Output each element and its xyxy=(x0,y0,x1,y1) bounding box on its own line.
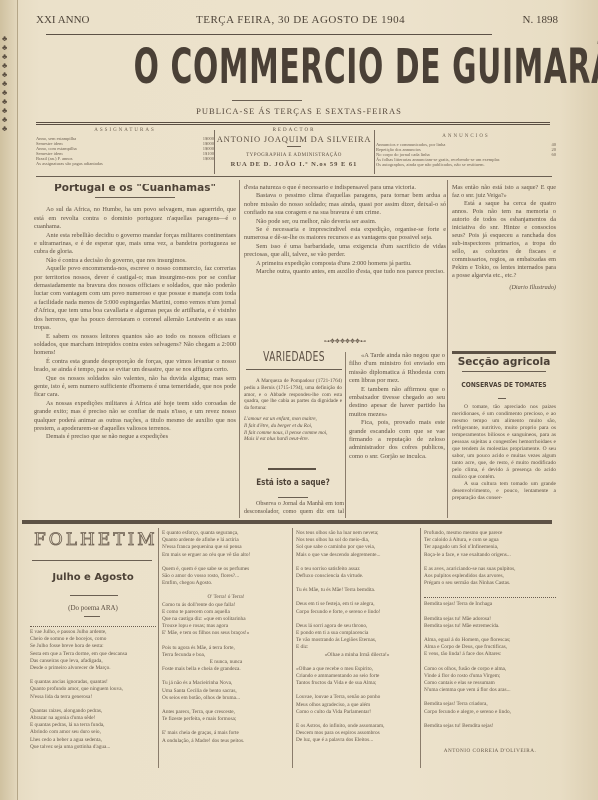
poem-line: Bemdita sejas tu! Bemdita sejas! xyxy=(424,723,556,730)
masthead-topline: XXI ANNO TERÇA FEIRA, 30 DE AGOSTO DE 19… xyxy=(36,14,580,30)
poem-line: E pondo em ti a sua complacencia xyxy=(296,630,418,637)
poem-line: E' Mãe, e tem os filhos nos seus braços!… xyxy=(162,630,290,637)
poem-line: Bemdita sejas tu! Mãe adorosa! xyxy=(424,616,556,623)
divider xyxy=(498,398,506,399)
stanza-gap xyxy=(296,580,418,587)
subscriptions-box: ASSIGNATURAS Anno, sem estampilha1$000 S… xyxy=(36,128,214,174)
article-title: Portugal e os "Cuanhamas" xyxy=(34,184,236,192)
divider xyxy=(268,468,316,470)
poem-line: Meus olhos agradeciso, a que além xyxy=(296,702,418,709)
column-divider xyxy=(374,130,375,174)
paragraph: d'esta natureza o que é necessario e ind… xyxy=(244,184,446,192)
advertisements-heading: ANNUNCIOS xyxy=(376,134,556,139)
poem-line: Desde o primeiro alvorecer de Março. xyxy=(30,665,158,672)
poem-line: Mais o que vae descendo alegremente... xyxy=(296,552,418,559)
paragraph: Marche outra, quanto antes, em auxilio d… xyxy=(244,268,446,276)
poem-line: Tantos fructos da Vida e de sua Alma; xyxy=(296,680,418,687)
poem-line: E vens, tão linda! á face dos Altares: xyxy=(424,651,556,658)
stanza-gap xyxy=(424,587,556,594)
dotted-rule xyxy=(30,626,156,627)
poem-line: Bemdita sejas! Terra criadora, xyxy=(424,701,556,708)
poem-line: E o teu sorriso satisfeito assaz xyxy=(296,566,418,573)
spine-ornament: ♣♣♣♣♣♣♣♣♣♣♣ xyxy=(2,34,12,134)
esta-isto-intro: Observa o Jornal da Manhã em tom descons… xyxy=(244,500,344,518)
stanza-gap xyxy=(424,694,556,701)
stanza-gap xyxy=(424,659,556,666)
poem-line: Ter apagado um Sol n'Infinemenia, xyxy=(424,544,556,551)
stanza-gap xyxy=(424,559,556,566)
paragraph: Demais é preciso que se não negue a expe… xyxy=(34,433,236,441)
folhetim-rule xyxy=(22,520,552,524)
column-divider xyxy=(420,528,421,768)
poem-line: N'uma ciemma que vem á flor dos aras... xyxy=(424,687,556,694)
poem-line: Terra fecunda e boa, xyxy=(162,652,290,659)
paragraph: É contra esta grande desproporção de for… xyxy=(34,358,236,375)
column-divider xyxy=(214,130,215,174)
stanza-gap xyxy=(296,616,418,623)
poem-line: E as aves, acariciando-se nas suas pulpi… xyxy=(424,566,556,573)
poem-line: Nos teus olhos são ha luar nem neveta; xyxy=(296,530,418,537)
seccao-agricola-text: O tomate, tão apreciado nos paizes merid… xyxy=(452,404,556,516)
poem-line: Emfim, chegou Agosto. xyxy=(162,580,290,587)
poem-line xyxy=(424,597,556,598)
poem-subtitle: (Do poema ARA) xyxy=(30,604,156,612)
verse-line: L'amour est un enfant, mon maitre, xyxy=(244,416,342,423)
poem-line: Abrindo com amor seu duro seio, xyxy=(30,729,158,736)
poem-line: N'essa franca pequenina que só pensa xyxy=(162,544,290,551)
poem-line: Quantas raizes, alongando pedras, xyxy=(30,708,158,715)
esta-isto-title: Está isto a saque? xyxy=(254,478,332,488)
issue-number: N. 1898 xyxy=(523,14,558,26)
poem-line: Bemdita sejas tu! Mãe estremecida. xyxy=(424,623,556,630)
poem-line: Uma Santa Cecilia de bento sacras, xyxy=(162,688,290,695)
poem-line: Quanto profundo amor, que ninguem louva, xyxy=(30,686,158,693)
seccao-agricola-title: Secção agricola xyxy=(452,356,556,368)
paragraph: A sua cultura tem tomado um grande desen… xyxy=(452,481,556,502)
stanza-gap xyxy=(162,673,290,680)
paragraph: Não é contra a decisão do governo, que n… xyxy=(34,257,236,265)
poem-line: Profundo, mesmo mesmo que parece xyxy=(424,530,556,537)
column-divider xyxy=(447,180,448,518)
advertisements-box: ANNUNCIOS Annuncios e communicados, por … xyxy=(376,134,556,174)
section-rule xyxy=(452,351,556,354)
poem-column-3: Nos teus olhos são ha luar nem neveta;No… xyxy=(296,530,418,770)
issue-date: TERÇA FEIRA, 30 DE AGOSTO DE 1904 xyxy=(196,14,405,26)
stanza-gap xyxy=(162,559,290,566)
poem-line: Como os olhos, fusão de corpo e alma, xyxy=(424,666,556,673)
poem-line: Aos pulpitos esplendidos das arvores, xyxy=(424,573,556,580)
stanza-gap xyxy=(30,672,158,679)
masthead-rule xyxy=(46,34,492,35)
poem-title: Julho e Agosto xyxy=(30,572,156,583)
paragraph: As nossas expedições militares á Africa … xyxy=(34,400,236,434)
verse-line: Il fait comme nous, il pense comme moi, xyxy=(244,430,342,437)
masthead-double-rule xyxy=(36,122,550,125)
poem-line: Corpo fecundo e forte, e sereno e lindo! xyxy=(296,609,418,616)
poem-line: N'essa lida da terra generosa! xyxy=(30,694,158,701)
poem-line: E quantas pedras, lá na terra funda, xyxy=(30,722,158,729)
poem-line: Como o culto da Vida Parlamentar! xyxy=(296,709,418,716)
esta-isto-continued: Mas então não está isto a saque? E que f… xyxy=(452,184,556,336)
variedades-section: VARIEDADES xyxy=(244,350,344,370)
paragraph: «A Tarde ainda não negou que o filho d'u… xyxy=(349,352,445,386)
editor-name: ANTONIO JOAQUIM DA SILVEIRA xyxy=(216,134,372,144)
column-divider xyxy=(345,352,346,518)
stanza-gap xyxy=(162,587,290,594)
poem-line: Como tu ás doll'rente do que falla! xyxy=(162,602,290,609)
esta-isto-body: «A Tarde ainda não negou que o filho d'u… xyxy=(349,352,445,518)
poem-line: Sesta em que a Terra dorme, em que desca… xyxy=(30,651,158,658)
paragraph: Que os nossos soldados são valentes, não… xyxy=(34,375,236,400)
advert-note: Os autographos, ainda que não publicados… xyxy=(376,162,556,167)
paragraph: O tomate, tão apreciado nos paizes merid… xyxy=(452,404,556,481)
poem-line: Lhes cedo a beber a agua sedenta, xyxy=(30,737,158,744)
newspaper-title: O COMMERCIO DE GUIMARÃES xyxy=(134,36,407,98)
divider xyxy=(278,497,308,498)
variedades-title: VARIEDADES xyxy=(259,350,329,365)
stanza-gap xyxy=(424,716,556,723)
poem-line: Os seios em botão, olhos de bruma... xyxy=(162,695,290,702)
divider xyxy=(287,146,301,147)
divider xyxy=(84,616,100,617)
poem-line: Foste mais bella e cheia de grandeza. xyxy=(162,666,290,673)
poem-line: E vae Julho, e passou Julho ardente, xyxy=(30,629,158,636)
poem-line: Se Julho fosse breve hora de sesta: xyxy=(30,643,158,650)
poem-line: «Olhae a que recebe o meu Espirito, xyxy=(296,666,418,673)
poem-line: Tu já não és a Macieirinha Nova, xyxy=(162,680,290,687)
subscriptions-heading: ASSIGNATURAS xyxy=(36,128,214,133)
variedades-text: A Marqueza de Pompadour (1721-1764) pedi… xyxy=(244,378,342,440)
paragraph: A Marqueza de Pompadour (1721-1764) pedi… xyxy=(244,378,342,412)
poem-line: Quem é, quem é que sabe se os perfumes xyxy=(162,566,290,573)
poem-line: Descem mos para os espiros assombros xyxy=(296,730,418,737)
editorial-box: REDACTOR ANTONIO JOAQUIM DA SILVEIRA TYP… xyxy=(216,128,372,174)
poem-line: E' mais cheia de graças, á mais forte xyxy=(162,730,290,737)
volume-label: XXI ANNO xyxy=(36,14,89,26)
poem-line: E diz: xyxy=(296,644,418,651)
poem-column-4: Profundo, mesmo mesmo que pareceTer calo… xyxy=(424,530,556,740)
paragraph: Sem isso é uma barbaridade, uma exigenci… xyxy=(244,243,446,260)
office-address: RUA DE D. JOÃO I.º N.os 59 E 61 xyxy=(216,161,372,168)
poem-line: E como te parecem com aquella xyxy=(162,609,290,616)
verse-line: Il fait d'être, du berger et du Roi, xyxy=(244,423,342,430)
divider xyxy=(246,369,342,370)
poem-line: Louvae, louvae a Terra, senão ao ponho xyxy=(296,694,418,701)
column-divider xyxy=(239,180,240,518)
poem-line: Bemdita sejas! Terra de Inchaga xyxy=(424,601,556,608)
poem-line: Deus lá sorri agora de seu throno, xyxy=(296,623,418,630)
article-portugal-continued: d'esta natureza o que é necessario e ind… xyxy=(244,184,446,308)
subscriptions-note: As assignaturas são pagas adiantadas xyxy=(36,161,214,166)
section-ornament: ⊶✥✥✥✥✥✥⊷ xyxy=(300,338,390,345)
poem-author: ANTONIO CORREIA D'OLIVEIRA. xyxy=(424,748,556,754)
stanza-gap xyxy=(162,638,290,645)
divider xyxy=(95,197,175,198)
poem-line: Sol que sabe o caminho por que veia, xyxy=(296,544,418,551)
poem-line: Prégam o seu sermão das Ninhas Castas. xyxy=(424,580,556,587)
paragraph: Bastava o pessimo clima d'aquellas parag… xyxy=(244,192,446,217)
paragraph: Aquelle povo encommenda-nos, escreve o n… xyxy=(34,265,236,332)
poem-line: Roça-le a face, e vae exaltando origens.… xyxy=(424,552,556,559)
binding-spine: ♣♣♣♣♣♣♣♣♣♣♣ xyxy=(0,0,18,800)
folhetim-label: FOLHETIM xyxy=(34,530,144,552)
newspaper-page: ♣♣♣♣♣♣♣♣♣♣♣ XXI ANNO TERÇA FEIRA, 30 DE … xyxy=(0,0,598,800)
poem-line: E nunca, nunca xyxy=(162,659,290,666)
stanza-gap xyxy=(162,702,290,709)
paragraph: Mas então não está isto a saque? E que f… xyxy=(452,184,556,200)
poem-line: Vinde á flor do rosto d'uma Virgem; xyxy=(424,673,556,680)
typography-label: TYPOGRAPHIA E ADMINISTRAÇÃO xyxy=(216,153,372,158)
poem-line: Te vão mostrando ás Legiões Eternas, xyxy=(296,637,418,644)
column-divider xyxy=(292,528,293,768)
column-divider xyxy=(158,528,159,768)
poem-line: A ondulação, á Madre! dos teus peitos. xyxy=(162,738,290,745)
paragraph: E sabem os nossos leitores quantos são a… xyxy=(34,333,236,358)
poem-line: Das canseiras que leva, afadigada, xyxy=(30,658,158,665)
poem-line: E os Astros, do infinito, onde assomaram… xyxy=(296,723,418,730)
poem-line: Corpo fecundo e alegre, e sereno e lindo… xyxy=(424,709,556,716)
stanza-gap xyxy=(424,630,556,637)
verse-line: Mais il est plus hardi peut-être. xyxy=(244,436,342,440)
source-credit: (Diario Illustrado) xyxy=(452,284,556,292)
stanza-gap xyxy=(296,687,418,694)
article-portugal: Portugal e os "Cuanhamas" Ao sul da Afri… xyxy=(34,184,236,516)
divider xyxy=(462,371,546,372)
paragraph: E tambem não affirmou que o embaixador t… xyxy=(349,386,445,420)
poem-line: O' Terra! ó Terra! xyxy=(162,594,290,601)
divider xyxy=(70,595,118,596)
poem-line: Que talvez seja uma gottinha d'agua... xyxy=(30,744,158,751)
conservas-subtitle: CONSERVAS DE TOMATES xyxy=(460,381,548,389)
poem-line: Pois tu agora és Mãe, á terra forte, xyxy=(162,645,290,652)
editor-label: REDACTOR xyxy=(216,128,372,133)
paragraph: Não pode ser, ou melhor, não deveria ser… xyxy=(244,218,446,226)
title-underline xyxy=(232,100,302,101)
paragraph: A primeira expedição composta d'uns 2:00… xyxy=(244,260,446,268)
poem-line: Defluxo consciencia da virtude. xyxy=(296,573,418,580)
stanza-gap xyxy=(30,701,158,708)
paragraph: Se é necessaria e imprescindivel esta ex… xyxy=(244,226,446,243)
poem-column-1: E vae Julho, e passou Julho ardente,Chei… xyxy=(30,629,158,769)
paragraph: Ao sul da Africa, no Humbe, ha um povo s… xyxy=(34,206,236,231)
poem-line: Em mais se erguer ao céu que vê tão alto… xyxy=(162,552,290,559)
poem-line: Te fizeste perfeita, e mais formosa; xyxy=(162,716,290,723)
publication-schedule: PUBLICA-SE ÁS TERÇAS E SEXTAS-FEIRAS xyxy=(0,106,598,116)
stanza-gap xyxy=(296,559,418,566)
poem-line: Tu és Mãe, tu és Mãe! Terra bemdita. xyxy=(296,587,418,594)
poem-line: Nos teus olhos ha sol do meio-dia, xyxy=(296,537,418,544)
stanza-gap xyxy=(296,659,418,666)
paragraph: Está a saque ha cerca de quatro annos. P… xyxy=(452,200,556,280)
paragraph: Fica, pois, provado mais este grande esc… xyxy=(349,419,445,461)
stanza-gap xyxy=(424,609,556,616)
header-bottom-rule xyxy=(36,176,552,177)
stanza-gap xyxy=(296,716,418,723)
divider xyxy=(32,560,152,561)
poem-line: Deus em ti se festeja, em ti se alegra, xyxy=(296,601,418,608)
poem-line: De luz, que é a palavra dos Eleitos... xyxy=(296,737,418,744)
poem-line: «Olhae a minha Irmã dilecta!» xyxy=(296,652,418,659)
poem-column-2: E quanto esforço, quanta segurança,Quant… xyxy=(162,530,290,770)
paragraph: Ante esta rebellião decidiu o governo ma… xyxy=(34,232,236,257)
poem-line: Que na castiga diz: «que em solitarinha xyxy=(162,616,290,623)
